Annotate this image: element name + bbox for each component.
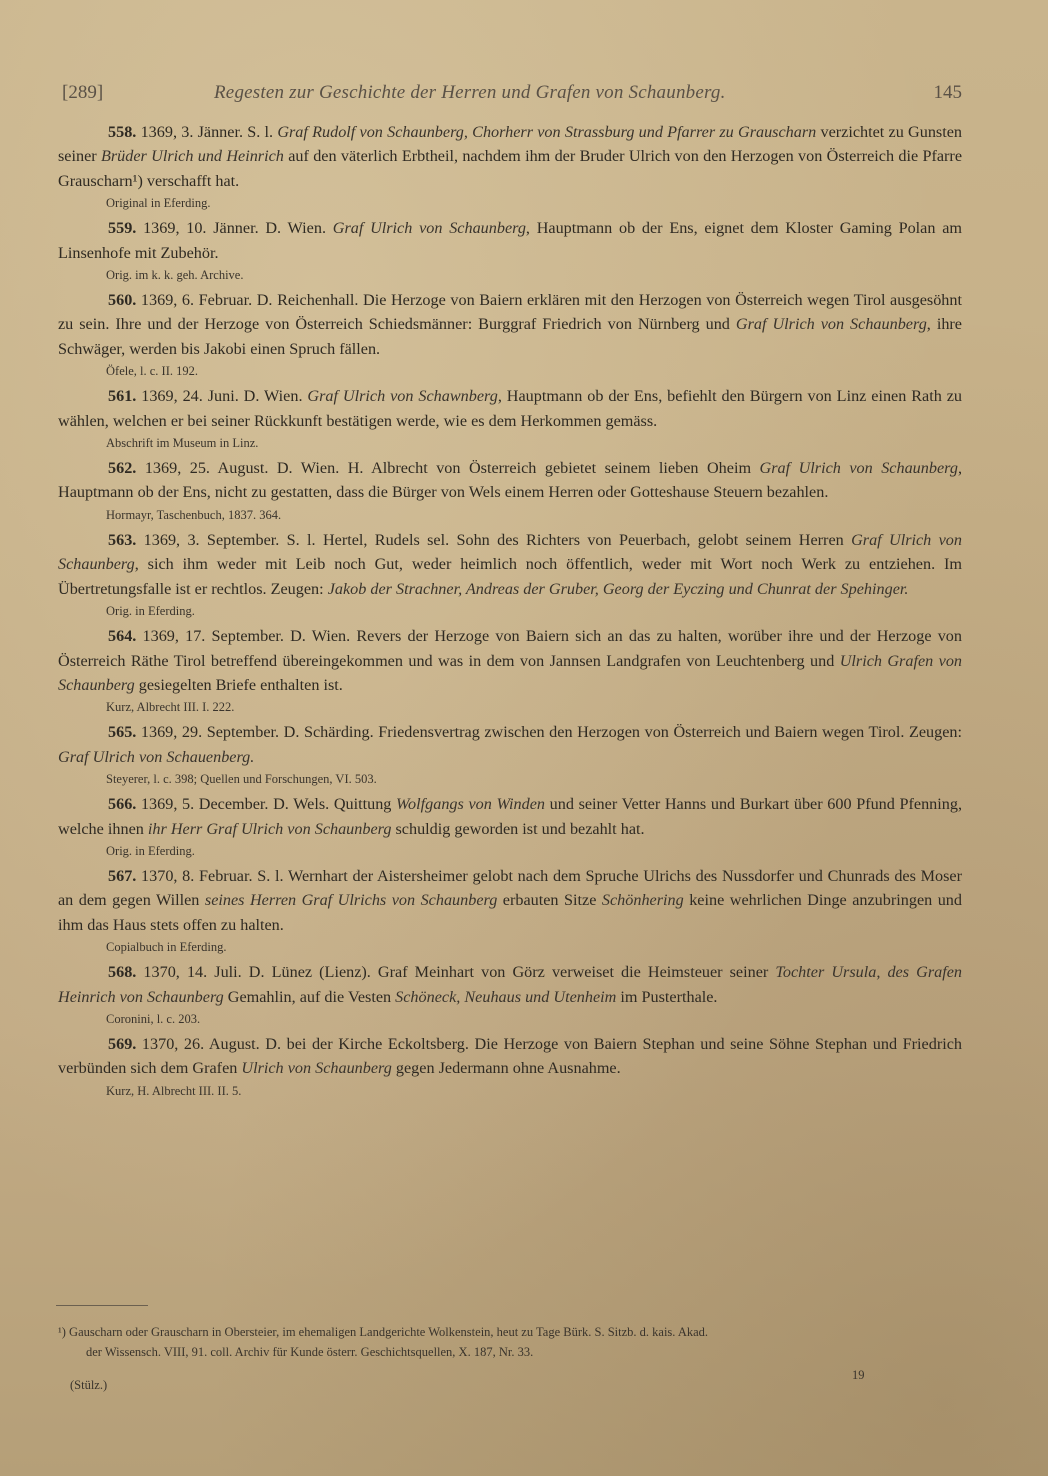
regest-entry: 564. 1369, 17. September. D. Wien. Rever… (58, 624, 962, 717)
page-number: 145 (934, 82, 963, 104)
italic-name: Graf Ulrich von Schaunberg (760, 459, 958, 477)
italic-name: Wolfgangs von Winden (396, 795, 545, 813)
entry-source: Copialbuch in Eferding. (58, 937, 962, 957)
italic-name: Graf Ulrich von Schaunberg (736, 315, 927, 333)
entry-number: 569. (108, 1035, 136, 1053)
entry-text: 563. 1369, 3. September. S. l. Hertel, R… (58, 528, 962, 601)
italic-name: Jakob der Strachner, Andreas der Gruber,… (328, 580, 909, 598)
regest-entry: 569. 1370, 26. August. D. bei der Kirche… (58, 1032, 962, 1101)
entry-number: 562. (108, 459, 136, 477)
italic-name: Brüder Ulrich und Heinrich (101, 147, 284, 165)
entry-number: 567. (108, 867, 136, 885)
entry-text-run: 1369, 10. Jänner. D. Wien. (136, 219, 332, 237)
regest-entry: 558. 1369, 3. Jänner. S. l. Graf Rudolf … (58, 120, 962, 213)
entry-text-run: im Pusterthale. (616, 988, 717, 1006)
regest-entry: 566. 1369, 5. December. D. Wels. Quittun… (58, 792, 962, 861)
italic-name: Graf Ulrich von Schauenberg. (58, 748, 254, 766)
regest-entry: 560. 1369, 6. Februar. D. Reichenhall. D… (58, 288, 962, 381)
entry-text: 561. 1369, 24. Juni. D. Wien. Graf Ulric… (58, 384, 962, 433)
entry-source: Hormayr, Taschenbuch, 1837. 364. (58, 505, 962, 525)
footnote-marker: ¹) (58, 1325, 66, 1339)
entry-number: 565. (108, 723, 136, 741)
entry-text: 564. 1369, 17. September. D. Wien. Rever… (58, 624, 962, 697)
entry-text: 565. 1369, 29. September. D. Schärding. … (58, 720, 962, 769)
entry-number: 566. (108, 795, 136, 813)
page-reference: [289] (62, 82, 103, 104)
footnote-text-line2: der Wissensch. VIII, 91. coll. Archiv fü… (58, 1342, 962, 1362)
entry-source: Kurz, Albrecht III. I. 222. (58, 697, 962, 717)
entry-text-run: 1369, 17. September. D. Wien. Revers der… (58, 627, 962, 669)
running-header: [289] Regesten zur Geschichte der Herren… (62, 82, 962, 110)
entry-source: Öfele, l. c. II. 192. (58, 361, 962, 381)
entry-source: Orig. in Eferding. (58, 841, 962, 861)
entry-number: 568. (108, 963, 136, 981)
italic-name: seines Herren Graf Ulrichs von Schaunber… (205, 891, 497, 909)
entry-number: 563. (108, 531, 136, 549)
entry-text-run: 1369, 3. September. S. l. Hertel, Rudels… (136, 531, 851, 549)
entry-number: 559. (108, 219, 136, 237)
italic-name: Graf Ulrich von Schaunberg (333, 219, 526, 237)
entry-text: 568. 1370, 14. Juli. D. Lünez (Lienz). G… (58, 960, 962, 1009)
italic-name: ihr Herr Graf Ulrich von Schaunberg (148, 820, 392, 838)
entry-text: 562. 1369, 25. August. D. Wien. H. Albre… (58, 456, 962, 505)
entry-source: Coronini, l. c. 203. (58, 1009, 962, 1029)
regest-entry: 559. 1369, 10. Jänner. D. Wien. Graf Ulr… (58, 216, 962, 285)
regest-entry: 568. 1370, 14. Juli. D. Lünez (Lienz). G… (58, 960, 962, 1029)
regest-entry: 562. 1369, 25. August. D. Wien. H. Albre… (58, 456, 962, 525)
entry-source: Steyerer, l. c. 398; Quellen und Forschu… (58, 769, 962, 789)
signature-mark: (Stülz.) (70, 1378, 107, 1393)
entry-text: 569. 1370, 26. August. D. bei der Kirche… (58, 1032, 962, 1081)
running-title: Regesten zur Geschichte der Herren und G… (214, 82, 726, 104)
footnote-text-line1: Gauscharn oder Grauscharn in Obersteier,… (66, 1325, 708, 1339)
italic-name: Graf Ulrich von Schawnberg (307, 387, 497, 405)
italic-name: Schöneck, Neuhaus und Utenheim (395, 988, 616, 1006)
entry-text-run: gesiegelten Briefe enthalten ist. (135, 676, 343, 694)
entry-number: 558. (108, 123, 136, 141)
footnote: ¹) Gauscharn oder Grauscharn in Oberstei… (58, 1322, 962, 1362)
sheet-number: 19 (852, 1368, 865, 1383)
regesten-entries: 558. 1369, 3. Jänner. S. l. Graf Rudolf … (58, 120, 962, 1104)
document-page: [289] Regesten zur Geschichte der Herren… (0, 0, 1048, 1476)
italic-name: Ulrich von Schaunberg (241, 1059, 391, 1077)
regest-entry: 565. 1369, 29. September. D. Schärding. … (58, 720, 962, 789)
italic-name: Schönhering (602, 891, 684, 909)
footnote-divider (56, 1305, 148, 1306)
entry-source: Kurz, H. Albrecht III. II. 5. (58, 1081, 962, 1101)
entry-text-run: erbauten Sitze (497, 891, 602, 909)
entry-number: 561. (108, 387, 136, 405)
entry-text-run: 1369, 5. December. D. Wels. Quittung (136, 795, 396, 813)
entry-text: 567. 1370, 8. Februar. S. l. Wernhart de… (58, 864, 962, 937)
entry-source: Abschrift im Museum in Linz. (58, 433, 962, 453)
regest-entry: 561. 1369, 24. Juni. D. Wien. Graf Ulric… (58, 384, 962, 453)
italic-name: Graf Rudolf von Schaunberg, Chorherr von… (277, 123, 816, 141)
entry-number: 564. (108, 627, 136, 645)
entry-text-run: 1369, 24. Juni. D. Wien. (136, 387, 307, 405)
entry-text-run: 1369, 25. August. D. Wien. H. Albrecht v… (136, 459, 759, 477)
entry-text-run: 1369, 3. Jänner. S. l. (136, 123, 277, 141)
entry-source: Orig. im k. k. geh. Archive. (58, 265, 962, 285)
entry-text: 566. 1369, 5. December. D. Wels. Quittun… (58, 792, 962, 841)
entry-text-run: gegen Jedermann ohne Ausnahme. (392, 1059, 621, 1077)
entry-text: 560. 1369, 6. Februar. D. Reichenhall. D… (58, 288, 962, 361)
entry-text-run: Gemahlin, auf die Vesten (224, 988, 395, 1006)
entry-text-run: 1369, 29. September. D. Schärding. Fried… (136, 723, 962, 741)
entry-text-run: 1370, 14. Juli. D. Lünez (Lienz). Graf M… (136, 963, 775, 981)
entry-text-run: schuldig geworden ist und bezahlt hat. (391, 820, 644, 838)
regest-entry: 567. 1370, 8. Februar. S. l. Wernhart de… (58, 864, 962, 957)
entry-source: Orig. in Eferding. (58, 601, 962, 621)
regest-entry: 563. 1369, 3. September. S. l. Hertel, R… (58, 528, 962, 621)
entry-source: Original in Eferding. (58, 193, 962, 213)
entry-number: 560. (108, 291, 136, 309)
entry-text: 558. 1369, 3. Jänner. S. l. Graf Rudolf … (58, 120, 962, 193)
entry-text: 559. 1369, 10. Jänner. D. Wien. Graf Ulr… (58, 216, 962, 265)
